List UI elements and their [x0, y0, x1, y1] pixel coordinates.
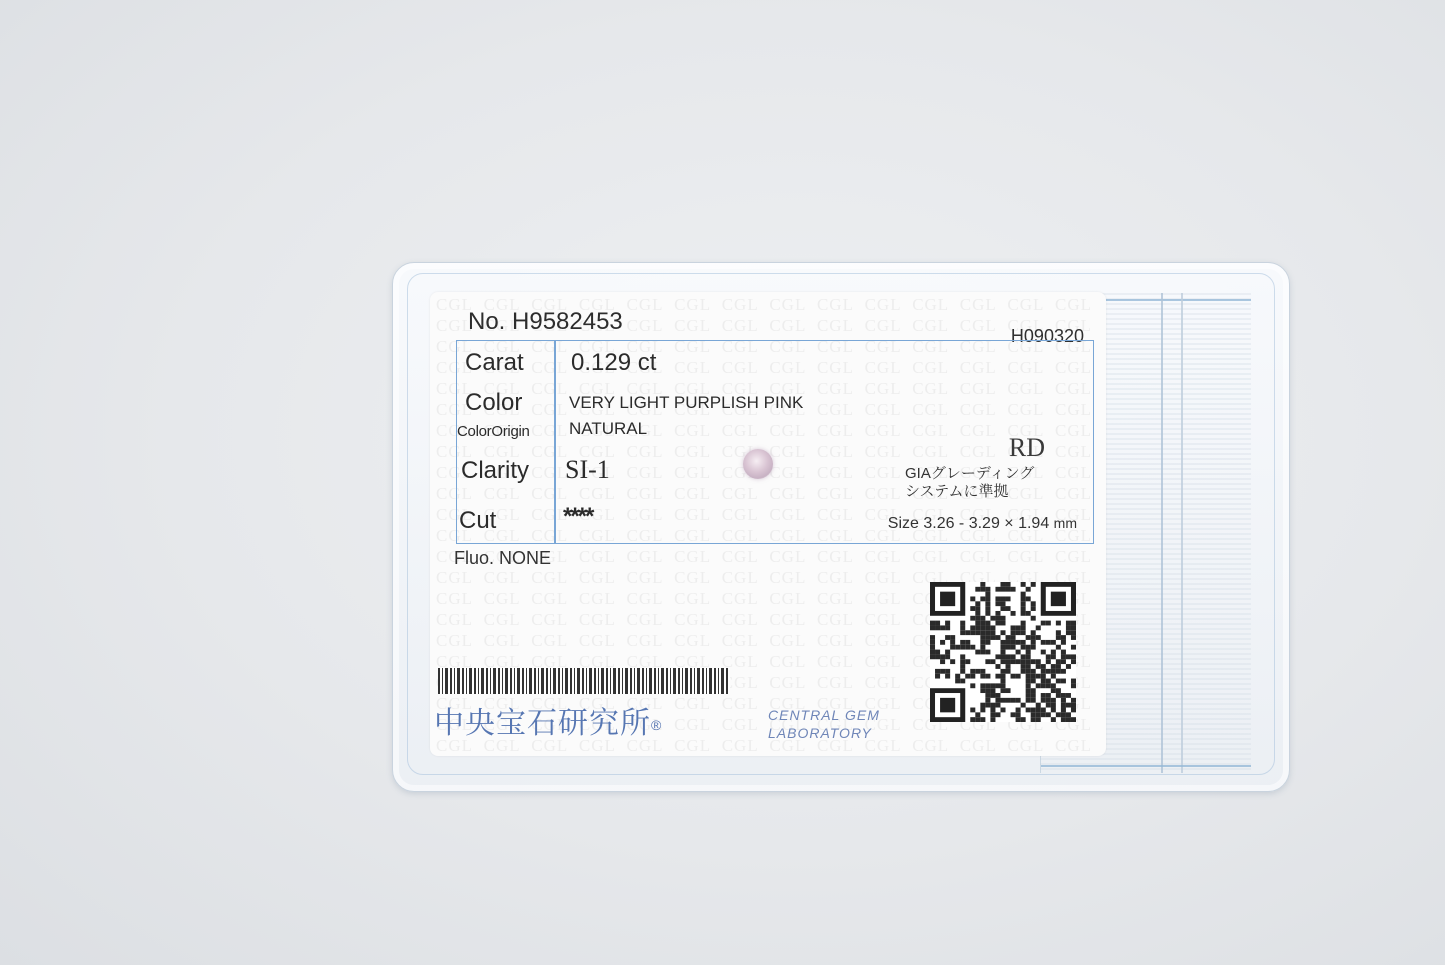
- grading-system-note: GIAグレーディング システムに準拠: [905, 465, 1075, 501]
- shape-code: RD: [1009, 433, 1045, 463]
- table-divider: [554, 341, 556, 543]
- certificate-number: No. H9582453: [468, 308, 623, 336]
- grading-table: Carat 0.129 ct Color VERY LIGHT PURPLISH…: [456, 340, 1094, 544]
- lab-name-en-line1: CENTRAL GEM: [768, 706, 880, 724]
- size-value: 3.26 - 3.29 × 1.94: [923, 515, 1049, 532]
- fluorescence: Fluo. NONE: [454, 548, 551, 569]
- size-unit: mm: [1054, 515, 1077, 531]
- grading-note-line2: システムに準拠: [905, 483, 1075, 501]
- clarity-label: Clarity: [461, 457, 529, 485]
- color-origin-value: NATURAL: [569, 419, 647, 439]
- qr-code[interactable]: [930, 582, 1076, 722]
- size-measurement: Size 3.26 - 3.29 × 1.94 mm: [888, 515, 1077, 533]
- carat-label: Carat: [465, 349, 524, 377]
- lab-name-jp: 中央宝石研究所: [434, 707, 651, 740]
- cut-value: ****: [563, 503, 592, 531]
- lab-name-en-line2: LABORATORY: [768, 724, 880, 742]
- registered-mark: ®: [651, 717, 662, 733]
- color-origin-label: ColorOrigin: [457, 423, 530, 440]
- grading-note-line1: GIAグレーディング: [905, 465, 1075, 483]
- clarity-value: SI-1: [565, 455, 610, 485]
- zip-track: [1181, 293, 1183, 773]
- size-prefix: Size: [888, 515, 919, 532]
- pink-diamond-gem: [743, 449, 773, 479]
- color-value: VERY LIGHT PURPLISH PINK: [569, 393, 803, 413]
- grading-card: CGL CGL CGL CGL CGL CGL CGL CGL CGL CGL …: [430, 292, 1106, 756]
- lab-logo-japanese: 中央宝石研究所®: [434, 698, 662, 742]
- zip-bottom-edge: [1041, 765, 1251, 767]
- carat-value: 0.129 ct: [571, 349, 656, 377]
- lab-logo-english: CENTRAL GEM LABORATORY: [768, 706, 880, 742]
- zip-track: [1161, 293, 1163, 773]
- color-label: Color: [465, 389, 522, 417]
- cut-label: Cut: [459, 507, 496, 535]
- barcode[interactable]: [438, 668, 730, 694]
